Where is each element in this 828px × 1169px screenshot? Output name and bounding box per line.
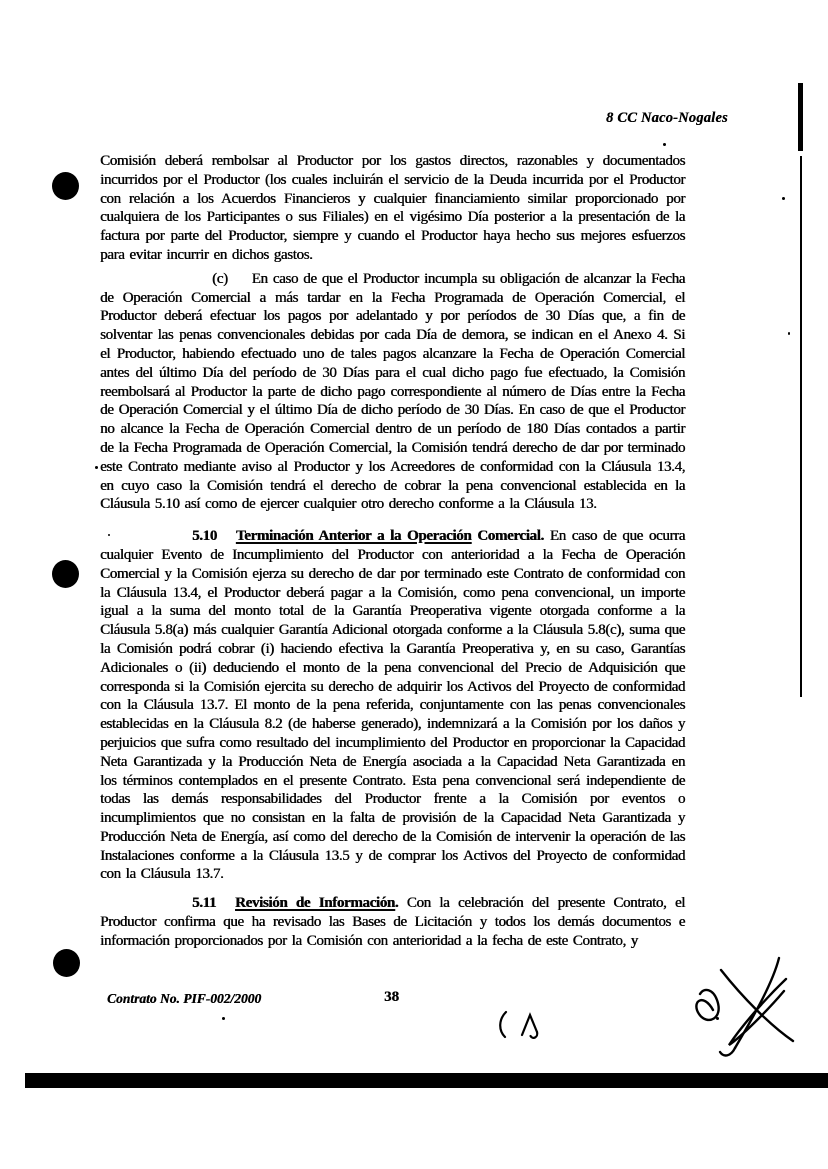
scan-speck	[222, 1017, 225, 1020]
page-edge-scan-line	[800, 156, 802, 697]
scanned-contract-page: 8 CC Naco-Nogales Comisión deberá rembol…	[0, 0, 828, 1169]
contract-body-text: Comisión deberá rembolsar al Productor p…	[100, 152, 685, 961]
section-5-10-title: Terminación Anterior a la Operación	[236, 528, 471, 544]
clause-c-label: (c)	[212, 271, 252, 287]
section-5-11-title: Revisión de Información	[235, 895, 395, 911]
section-5-10-paragraph: 5.10Terminación Anterior a la Operación …	[100, 527, 685, 884]
scan-speck	[108, 534, 110, 536]
scan-artifact-bottom-bar	[25, 1073, 828, 1088]
footer-contract-number: Contrato No. PIF-002/2000	[107, 991, 261, 1007]
handwritten-note-mark	[492, 1006, 556, 1046]
document-reference-header: 8 CC Naco-Nogales	[606, 110, 728, 127]
clause-c-paragraph: (c)En caso de que el Productor incumpla …	[100, 270, 685, 514]
hole-punch-middle	[52, 560, 79, 588]
scan-speck	[663, 143, 666, 146]
footer-page-number: 38	[384, 989, 399, 1006]
scan-speck	[95, 466, 98, 469]
hole-punch-top	[52, 172, 79, 200]
signature-scribble	[683, 948, 801, 1066]
section-5-10-number: 5.10	[192, 528, 236, 544]
scan-speck	[788, 332, 790, 335]
clause-c-text: En caso de que el Productor incumpla su …	[100, 271, 685, 513]
section-5-11-paragraph: 5.11Revisión de Información. Con la cele…	[100, 894, 685, 950]
scan-speck	[716, 1017, 719, 1020]
scan-speck	[782, 197, 785, 200]
section-5-11-title-suffix: .	[395, 895, 398, 911]
section-5-10-text: En caso de que ocurra cualquier Evento d…	[100, 528, 685, 882]
paragraph-continuation: Comisión deberá rembolsar al Productor p…	[100, 152, 685, 265]
section-5-10-title-suffix: Comercial.	[477, 528, 544, 544]
hole-punch-bottom	[53, 949, 80, 977]
section-5-11-number: 5.11	[192, 895, 235, 911]
page-edge-scan-line-top	[798, 83, 803, 151]
